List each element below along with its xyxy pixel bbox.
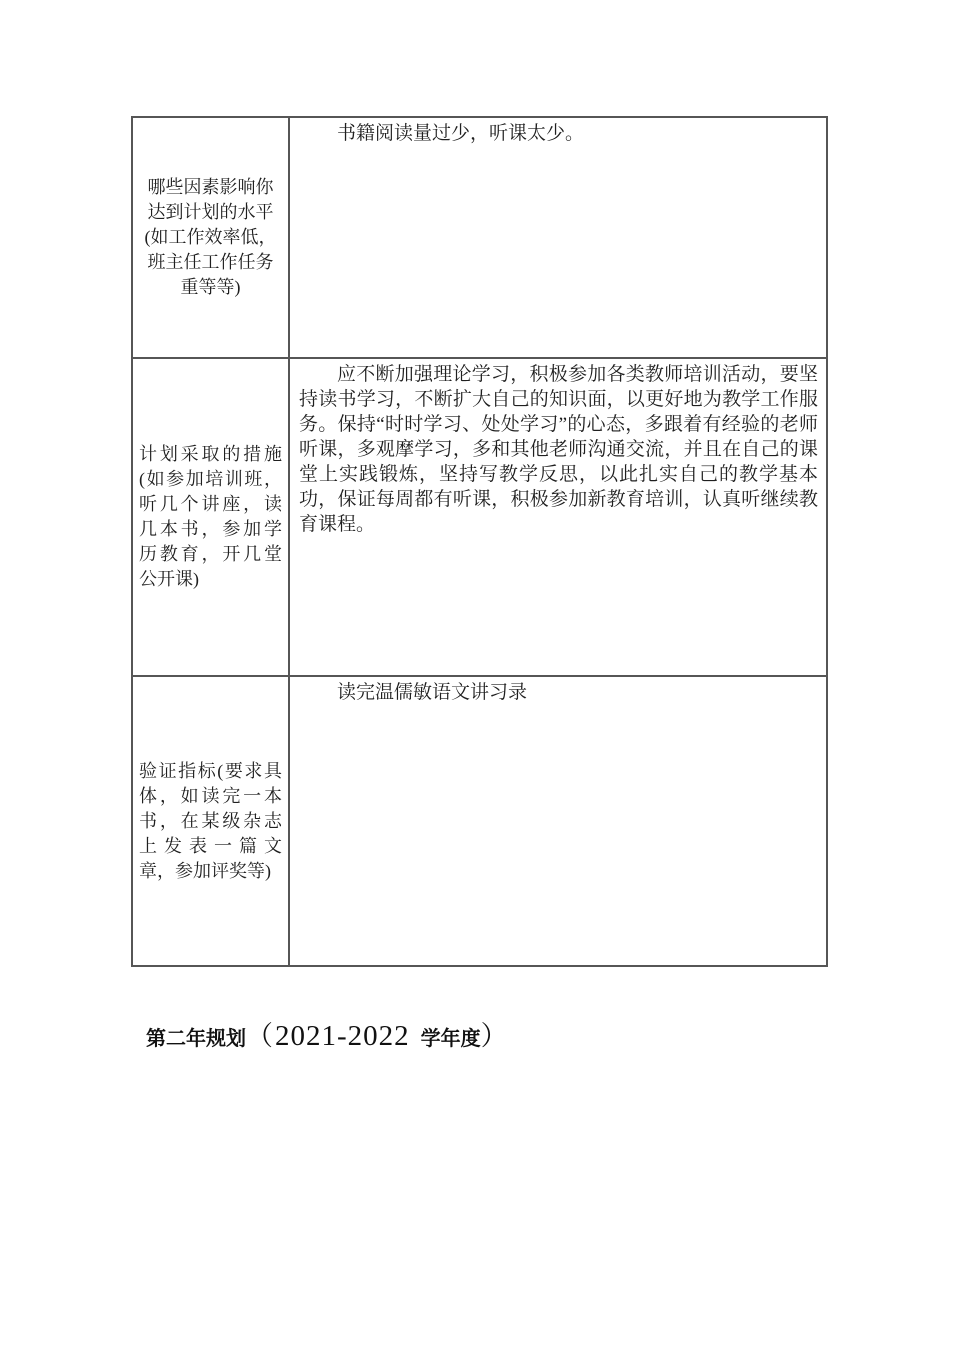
row-content-verification-indicators: 读完温儒敏语文讲习录 — [290, 677, 826, 965]
heading-suffix-text: 学年度 — [421, 1022, 481, 1051]
document-page: 哪些因素影响你达到计划的水平(如工作效率低，班主任工作任务重等等) 书籍阅读量过… — [0, 0, 960, 1357]
row-label-planned-measures: 计划采取的措施(如参加培训班，听几个讲座，读几本书，参加学历教育，开几堂公开课) — [133, 359, 290, 677]
cell-paragraph: 读完温儒敏语文讲习录 — [299, 680, 818, 705]
row-label-influencing-factors: 哪些因素影响你达到计划的水平(如工作效率低，班主任工作任务重等等) — [133, 118, 290, 359]
cell-label-text: 计划采取的措施(如参加培训班，听几个讲座，读几本书，参加学历教育，开几堂公开课) — [139, 442, 282, 592]
cell-paragraph: 应不断加强理论学习，积极参加各类教师培训活动，要坚持读书学习，不断扩大自己的知识… — [299, 362, 818, 537]
heading-close-paren: ） — [481, 1014, 508, 1053]
heading-year-range: 2021-2022 — [275, 1020, 410, 1053]
row-label-verification-indicators: 验证指标(要求具体，如读完一本书，在某级杂志上发表一篇文章，参加评奖等) — [133, 677, 290, 965]
second-year-plan-heading: 第二年规划 （ 2021-2022 学年度 ） — [146, 1014, 508, 1053]
heading-prefix-text: 第二年规划 — [146, 1022, 246, 1051]
cell-label-text: 验证指标(要求具体，如读完一本书，在某级杂志上发表一篇文章，参加评奖等) — [139, 759, 282, 884]
cell-paragraph: 书籍阅读量过少，听课太少。 — [299, 121, 818, 146]
heading-open-paren: （ — [246, 1014, 273, 1053]
row-content-planned-measures: 应不断加强理论学习，积极参加各类教师培训活动，要坚持读书学习，不断扩大自己的知识… — [290, 359, 826, 677]
row-content-influencing-factors: 书籍阅读量过少，听课太少。 — [290, 118, 826, 359]
development-plan-table: 哪些因素影响你达到计划的水平(如工作效率低，班主任工作任务重等等) 书籍阅读量过… — [131, 116, 828, 967]
